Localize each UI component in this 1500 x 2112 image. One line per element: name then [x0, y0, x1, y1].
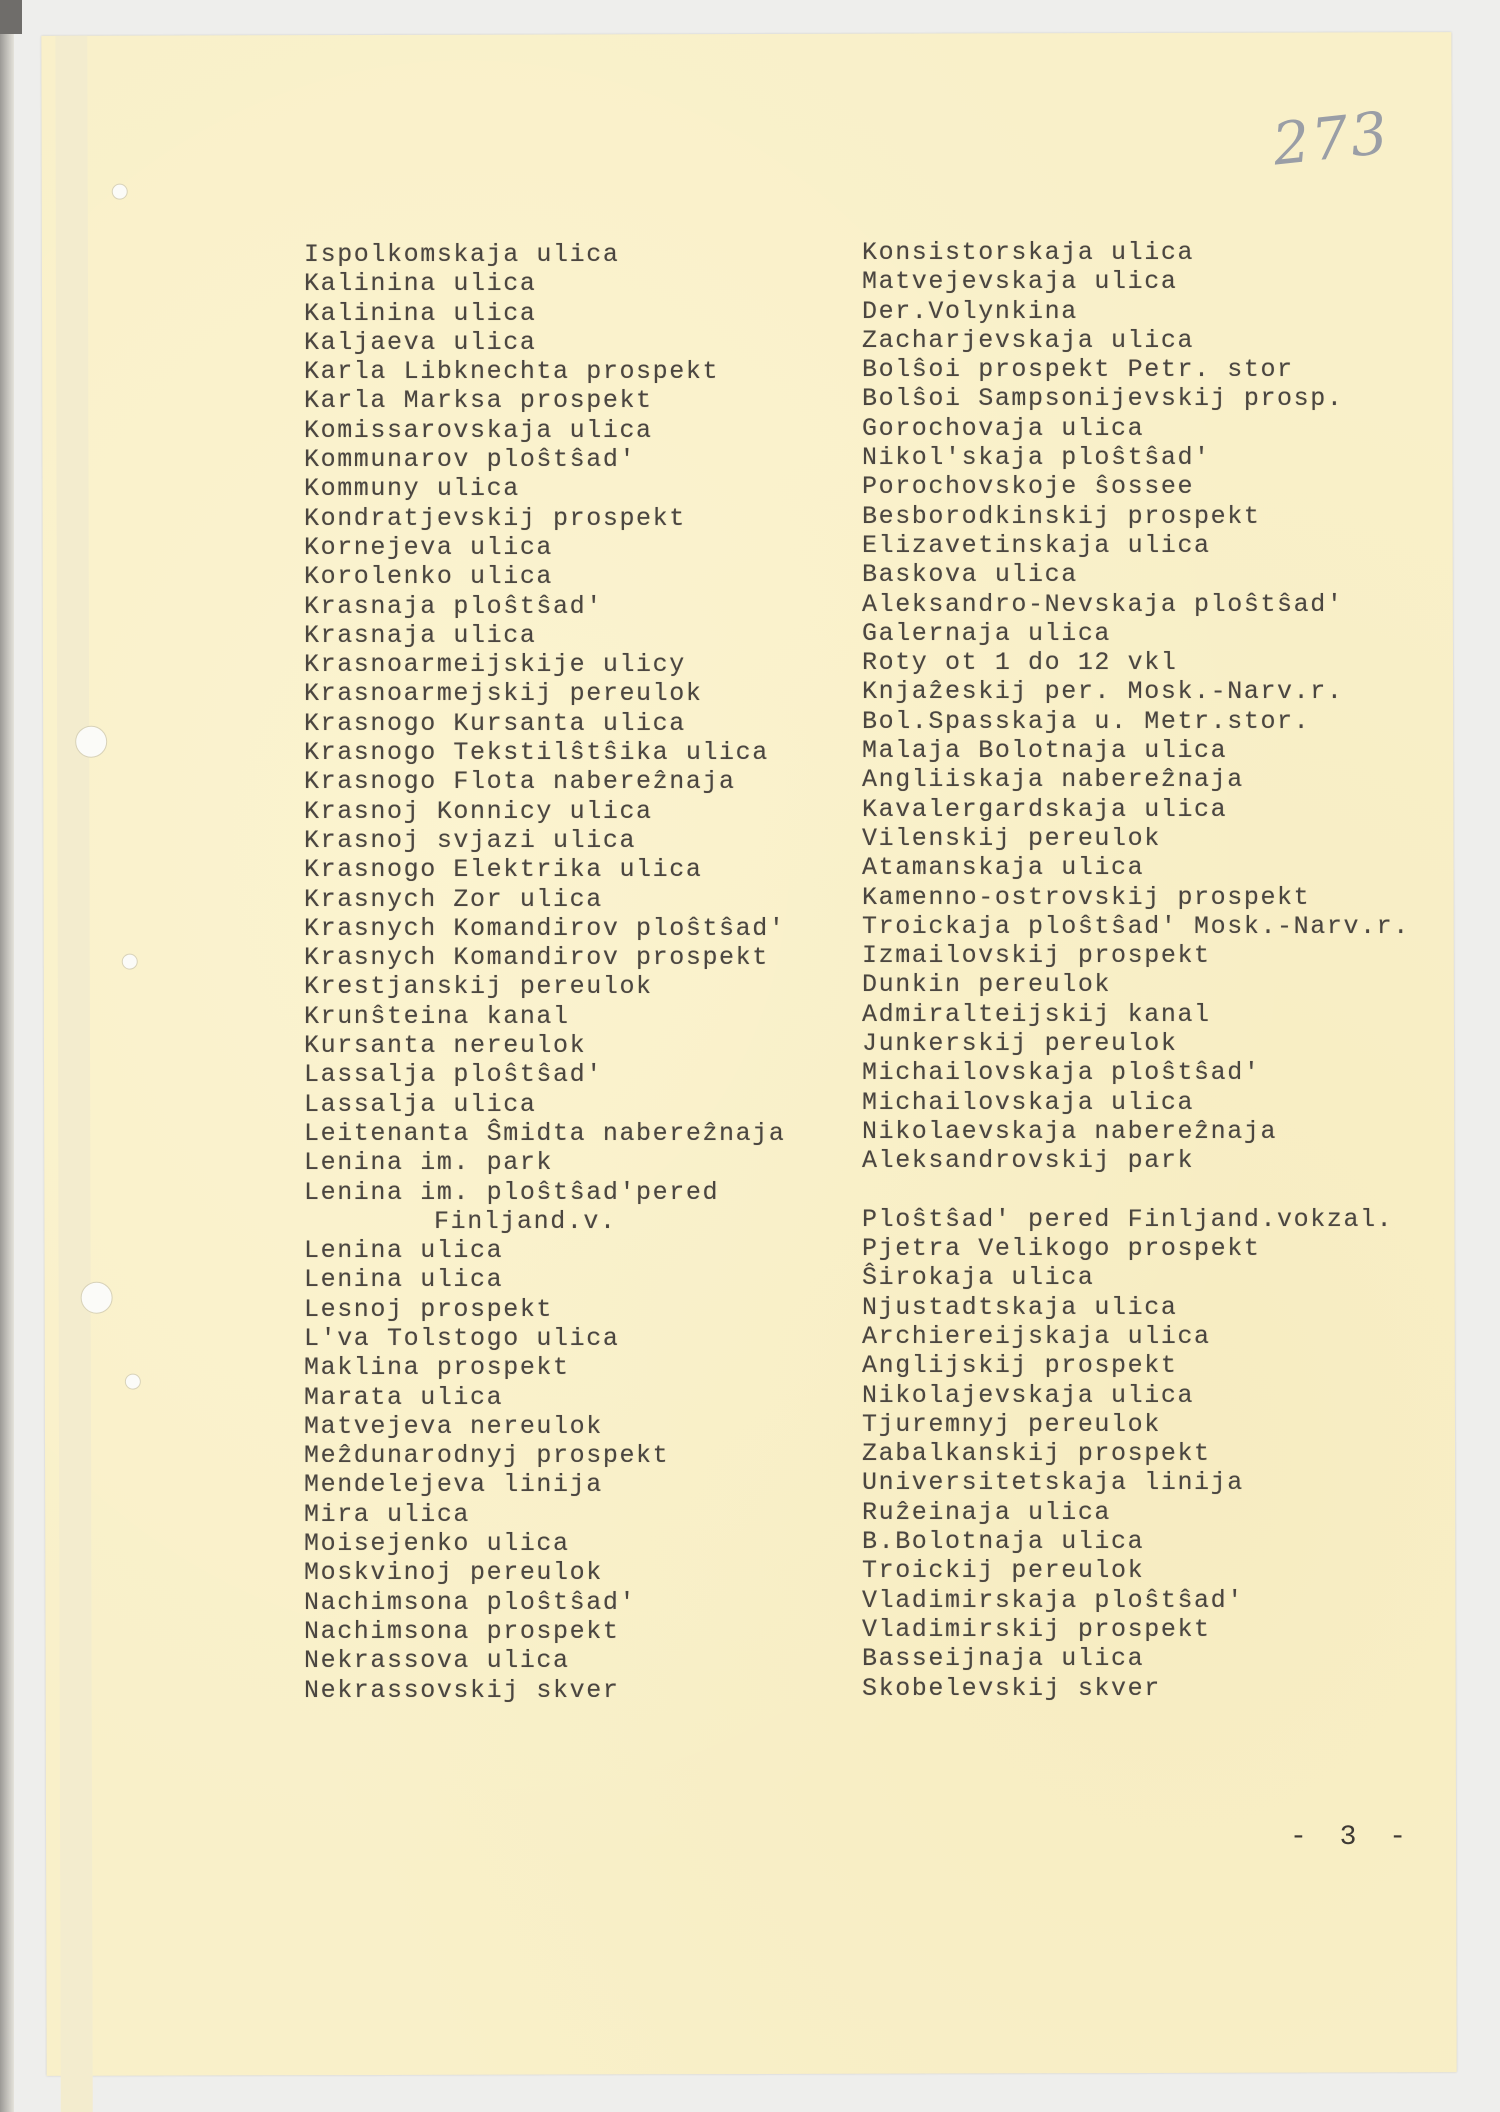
street-name-item: Archiereijskaja ulica — [862, 1322, 1410, 1351]
handwritten-folio-number: 273 — [1270, 98, 1393, 178]
street-name-item: Bolŝoi prospekt Petr. stor — [862, 355, 1410, 384]
street-name-item: Ŝirokaja ulica — [862, 1263, 1410, 1292]
street-name-item: Vilenskij pereulok — [862, 824, 1410, 853]
street-name-item: Michailovskaja ploŝtŝad' — [862, 1058, 1410, 1087]
street-name-item: Krasnoj svjazi ulica — [304, 826, 785, 855]
street-name-item: Elizavetinskaja ulica — [862, 531, 1410, 560]
street-name-item: Kondratjevskij prospekt — [304, 504, 785, 533]
street-name-item: Kalinina ulica — [304, 269, 785, 298]
street-name-item: Nikolaevskaja nabereẑnaja — [862, 1117, 1410, 1146]
street-name-item: Krasnaja ploŝtŝad' — [304, 592, 785, 621]
street-name-item: Ploŝtŝad' pered Finljand.vokzal. — [862, 1205, 1410, 1234]
street-name-item: Kavalergardskaja ulica — [862, 795, 1410, 824]
street-name-item: Krasnych Zor ulica — [304, 885, 785, 914]
street-name-item: Kamenno-ostrovskij prospekt — [862, 883, 1410, 912]
list-spacer — [862, 1176, 1410, 1205]
street-name-item: Marata ulica — [304, 1383, 785, 1412]
street-name-item: Kommuny ulica — [304, 474, 785, 503]
street-name-item: Lenina im. park — [304, 1148, 785, 1177]
street-name-item: Mendelejeva linija — [304, 1470, 785, 1499]
street-name-item: Lenina im. ploŝtŝad'pered — [304, 1178, 785, 1207]
street-name-item: Malaja Bolotnaja ulica — [862, 736, 1410, 765]
street-name-item: Troickij pereulok — [862, 1556, 1410, 1585]
street-name-item: Zacharjevskaja ulica — [862, 326, 1410, 355]
street-name-item: Kalinina ulica — [304, 299, 785, 328]
street-name-item: Galernaja ulica — [862, 619, 1410, 648]
street-name-item: Leitenanta Ŝmidta nabereẑnaja — [304, 1119, 785, 1148]
street-name-item: Lenina ulica — [304, 1236, 785, 1265]
street-name-item: Tjuremnyj pereulok — [862, 1410, 1410, 1439]
punch-hole-icon — [75, 726, 107, 758]
street-name-item: Nachimsona ploŝtŝad' — [304, 1588, 785, 1617]
street-name-item: Aleksandro-Nevskaja ploŝtŝad' — [862, 590, 1410, 619]
street-name-item: Karla Libknechta prospekt — [304, 357, 785, 386]
street-list-left-column: Ispolkomskaja ulicaKalinina ulicaKalinin… — [304, 240, 785, 1705]
street-name-item: Universitetskaja linija — [862, 1468, 1410, 1497]
street-name-item: Besborodkinskij prospekt — [862, 502, 1410, 531]
punch-hole-icon — [112, 184, 128, 200]
punch-hole-icon — [81, 1282, 113, 1314]
street-name-item: Skobelevskij skver — [862, 1674, 1410, 1703]
binding-edge — [0, 0, 14, 2112]
street-name-item: Krasnych Komandirov prospekt — [304, 943, 785, 972]
street-name-item: Komissarovskaja ulica — [304, 416, 785, 445]
binding-clip — [0, 0, 22, 34]
street-name-item: Lenina ulica — [304, 1265, 785, 1294]
street-name-item: Krasnych Komandirov ploŝtŝad' — [304, 914, 785, 943]
punch-hole-icon — [122, 954, 138, 970]
street-name-item: Der.Volynkina — [862, 297, 1410, 326]
street-name-item: Gorochovaja ulica — [862, 414, 1410, 443]
street-name-item: Nikol'skaja ploŝtŝad' — [862, 443, 1410, 472]
street-name-item: Izmailovskij prospekt — [862, 941, 1410, 970]
street-name-item: Junkerskij pereulok — [862, 1029, 1410, 1058]
street-list-right-column: Konsistorskaja ulicaMatvejevskaja ulicaD… — [862, 238, 1410, 1703]
street-name-item: Kursanta nereulok — [304, 1031, 785, 1060]
page-margin-strip — [55, 36, 92, 2112]
street-name-item: Knjaẑeskij per. Mosk.-Narv.r. — [862, 677, 1410, 706]
street-name-item: Konsistorskaja ulica — [862, 238, 1410, 267]
street-name-item: Krasnoarmeijskije ulicy — [304, 650, 785, 679]
street-name-item: Krasnoj Konnicy ulica — [304, 797, 785, 826]
street-name-item: Nekrassova ulica — [304, 1646, 785, 1675]
street-name-item: Ruẑeinaja ulica — [862, 1498, 1410, 1527]
street-name-item: Michailovskaja ulica — [862, 1088, 1410, 1117]
street-name-item: Basseijnaja ulica — [862, 1644, 1410, 1673]
street-name-item: Lassalja ulica — [304, 1090, 785, 1119]
street-name-item: Krasnogo Kursanta ulica — [304, 709, 785, 738]
street-name-item: Kaljaeva ulica — [304, 328, 785, 357]
street-name-item: Lesnoj prospekt — [304, 1295, 785, 1324]
street-name-item: Angliiskaja nabereẑnaja — [862, 765, 1410, 794]
street-name-item: Nachimsona prospekt — [304, 1617, 785, 1646]
street-name-item: Krasnogo Flota nabereẑnaja — [304, 767, 785, 796]
street-name-item: Porochovskoje ŝossee — [862, 472, 1410, 501]
street-name-item: Moskvinoj pereulok — [304, 1558, 785, 1587]
street-name-item: Karla Marksa prospekt — [304, 386, 785, 415]
page-number: - 3 - — [1290, 1822, 1414, 1853]
street-name-item: Finljand.v. — [304, 1207, 785, 1236]
street-name-item: Moisejenko ulica — [304, 1529, 785, 1558]
street-name-item: Roty ot 1 do 12 vkl — [862, 648, 1410, 677]
street-name-item: Korolenko ulica — [304, 562, 785, 591]
street-name-item: Matvejevskaja ulica — [862, 267, 1410, 296]
street-name-item: Troickaja ploŝtŝad' Mosk.-Narv.r. — [862, 912, 1410, 941]
street-name-item: Nekrassovskij skver — [304, 1676, 785, 1705]
street-name-item: Kommunarov ploŝtŝad' — [304, 445, 785, 474]
street-name-item: Maklina prospekt — [304, 1353, 785, 1382]
street-name-item: Kornejeva ulica — [304, 533, 785, 562]
street-name-item: Njustadtskaja ulica — [862, 1293, 1410, 1322]
street-name-item: Admiralteijskij kanal — [862, 1000, 1410, 1029]
street-name-item: Krasnogo Elektrika ulica — [304, 855, 785, 884]
street-name-item: Dunkin pereulok — [862, 970, 1410, 999]
street-name-item: B.Bolotnaja ulica — [862, 1527, 1410, 1556]
street-name-item: Krasnaja ulica — [304, 621, 785, 650]
street-name-item: Pjetra Velikogo prospekt — [862, 1234, 1410, 1263]
street-name-item: Krasnoarmejskij pereulok — [304, 679, 785, 708]
street-name-item: L'va Tolstogo ulica — [304, 1324, 785, 1353]
street-name-item: Vladimirskij prospekt — [862, 1615, 1410, 1644]
street-name-item: Aleksandrovskij park — [862, 1146, 1410, 1175]
street-name-item: Baskova ulica — [862, 560, 1410, 589]
street-name-item: Mira ulica — [304, 1500, 785, 1529]
street-name-item: Ispolkomskaja ulica — [304, 240, 785, 269]
street-name-item: Bolŝoi Sampsonijevskij prosp. — [862, 384, 1410, 413]
street-name-item: Krunŝteina kanal — [304, 1002, 785, 1031]
street-name-item: Zabalkanskij prospekt — [862, 1439, 1410, 1468]
street-name-item: Meẑdunarodnyj prospekt — [304, 1441, 785, 1470]
street-name-item: Anglijskij prospekt — [862, 1351, 1410, 1380]
street-name-item: Krestjanskij pereulok — [304, 972, 785, 1001]
street-name-item: Nikolajevskaja ulica — [862, 1381, 1410, 1410]
street-name-item: Atamanskaja ulica — [862, 853, 1410, 882]
street-name-item: Lassalja ploŝtŝad' — [304, 1060, 785, 1089]
punch-hole-icon — [125, 1374, 141, 1390]
street-name-item: Vladimirskaja ploŝtŝad' — [862, 1586, 1410, 1615]
street-name-item: Krasnogo Tekstilŝtŝika ulica — [304, 738, 785, 767]
street-name-item: Matvejeva nereulok — [304, 1412, 785, 1441]
street-name-item: Bol.Spasskaja u. Metr.stor. — [862, 707, 1410, 736]
